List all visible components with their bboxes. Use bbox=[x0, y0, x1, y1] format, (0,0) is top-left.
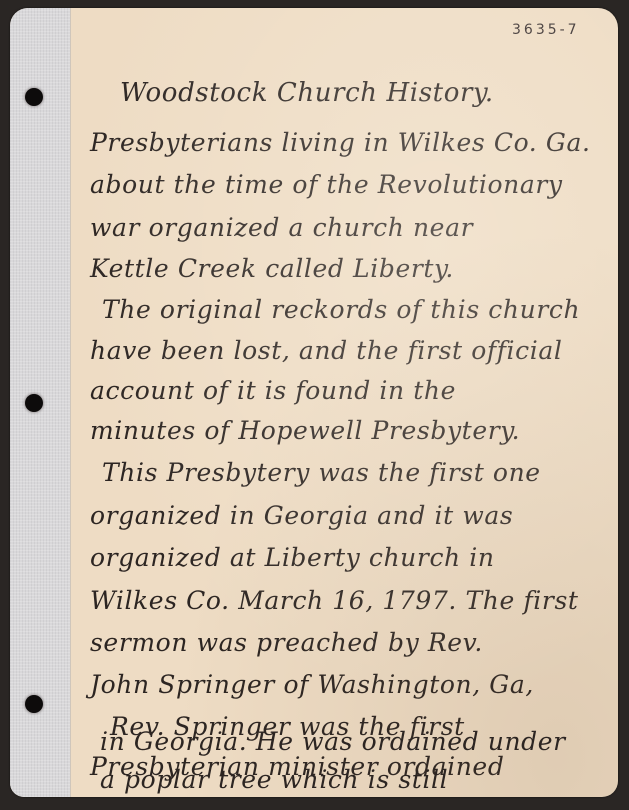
text-line: Presbyterians living in Wilkes Co. Ga. bbox=[90, 128, 591, 157]
text-line: sermon was preached by Rev. bbox=[90, 628, 483, 657]
text-line: have been lost, and the first official bbox=[90, 336, 562, 365]
text-line: organized at Liberty church in bbox=[90, 543, 495, 572]
page-title: Woodstock Church History. bbox=[120, 78, 494, 108]
handwritten-text: Woodstock Church History. Presbyterians … bbox=[10, 8, 618, 797]
text-line: about the time of the Revolutionary bbox=[90, 170, 563, 199]
text-line: war organized a church near bbox=[90, 213, 473, 242]
text-line: John Springer of Washington, Ga, bbox=[90, 670, 534, 699]
text-line: This Presbytery was the first one bbox=[102, 458, 541, 487]
text-line: in Georgia. He was ordained under bbox=[100, 727, 566, 756]
text-line: The original reckords of this church bbox=[102, 295, 580, 324]
text-line: minutes of Hopewell Presbytery. bbox=[90, 416, 520, 445]
text-line: Wilkes Co. March 16, 1797. The first bbox=[90, 586, 579, 615]
notebook-page: 3635-7 Woodstock Church History. Presbyt… bbox=[10, 8, 618, 797]
text-line: Kettle Creek called Liberty. bbox=[90, 254, 454, 283]
text-line: account of it is found in the bbox=[90, 376, 456, 405]
text-line: a poplar tree which is still bbox=[100, 765, 448, 794]
text-line: organized in Georgia and it was bbox=[90, 501, 513, 530]
